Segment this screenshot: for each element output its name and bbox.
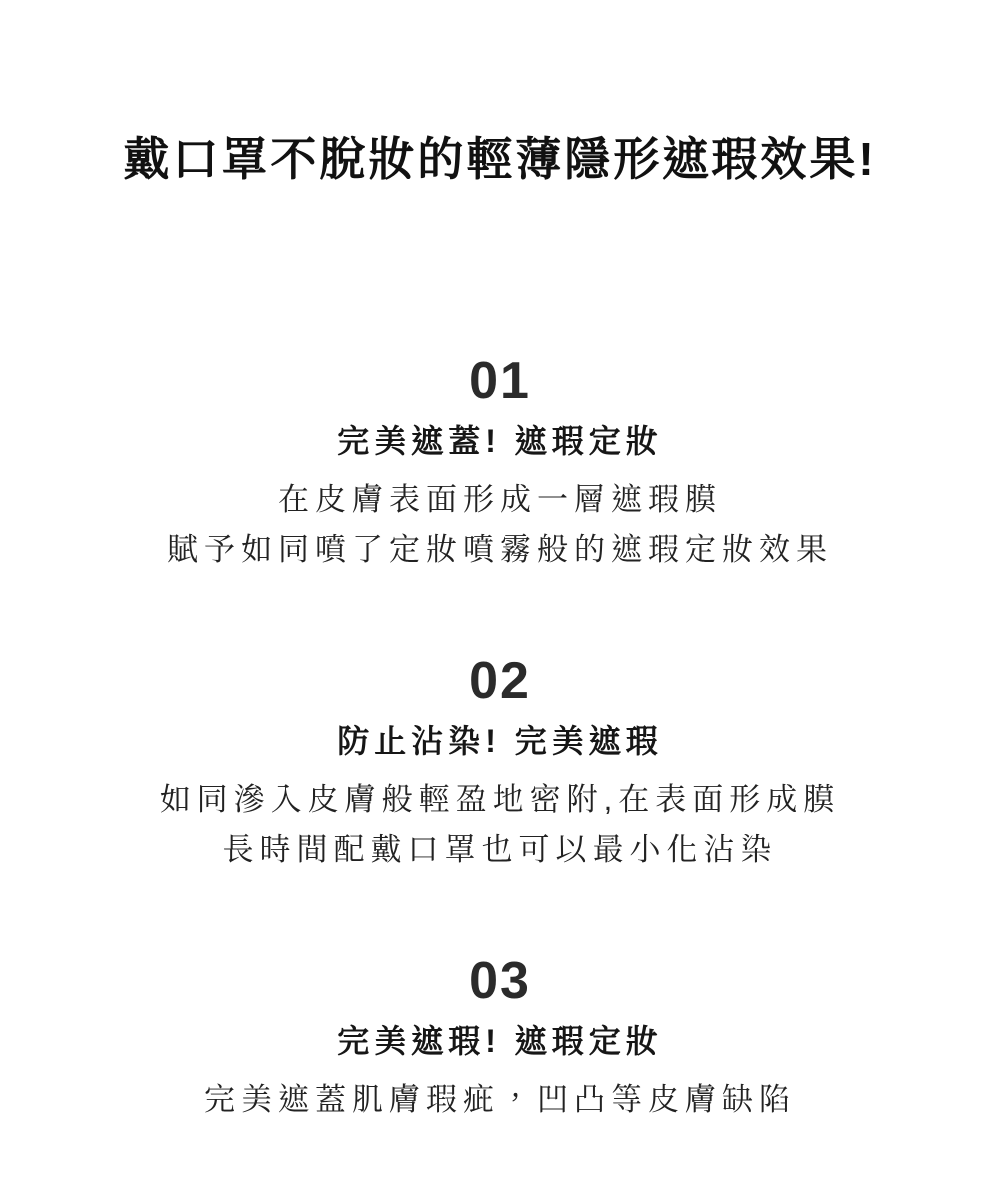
section-body: 在皮膚表面形成一層遮瑕膜 賦予如同噴了定妝噴霧般的遮瑕定妝效果 — [0, 475, 1000, 575]
body-line: 在皮膚表面形成一層遮瑕膜 — [0, 475, 1000, 525]
body-line: 完美遮蓋肌膚瑕疵，凹凸等皮膚缺陷 — [0, 1075, 1000, 1125]
section-number: 03 — [0, 955, 1000, 1007]
body-line: 長時間配戴口罩也可以最小化沾染 — [0, 825, 1000, 875]
body-line: 賦予如同噴了定妝噴霧般的遮瑕定妝效果 — [0, 525, 1000, 575]
section-heading: 完美遮蓋! 遮瑕定妝 — [0, 421, 1000, 461]
product-info-page: { "page": { "title": "戴口罩不脫妝的輕薄隱形遮瑕效果!",… — [0, 0, 1000, 1190]
feature-section-03: 03 完美遮瑕! 遮瑕定妝 完美遮蓋肌膚瑕疵，凹凸等皮膚缺陷 — [0, 955, 1000, 1125]
section-number: 02 — [0, 655, 1000, 707]
section-heading: 防止沾染! 完美遮瑕 — [0, 721, 1000, 761]
page-title: 戴口罩不脫妝的輕薄隱形遮瑕效果! — [0, 31, 1000, 187]
feature-section-02: 02 防止沾染! 完美遮瑕 如同滲入皮膚般輕盈地密附,在表面形成膜 長時間配戴口… — [0, 655, 1000, 875]
section-heading: 完美遮瑕! 遮瑕定妝 — [0, 1021, 1000, 1061]
body-line: 如同滲入皮膚般輕盈地密附,在表面形成膜 — [0, 775, 1000, 825]
feature-section-01: 01 完美遮蓋! 遮瑕定妝 在皮膚表面形成一層遮瑕膜 賦予如同噴了定妝噴霧般的遮… — [0, 355, 1000, 575]
section-number: 01 — [0, 355, 1000, 407]
section-body: 完美遮蓋肌膚瑕疵，凹凸等皮膚缺陷 — [0, 1075, 1000, 1125]
section-body: 如同滲入皮膚般輕盈地密附,在表面形成膜 長時間配戴口罩也可以最小化沾染 — [0, 775, 1000, 875]
